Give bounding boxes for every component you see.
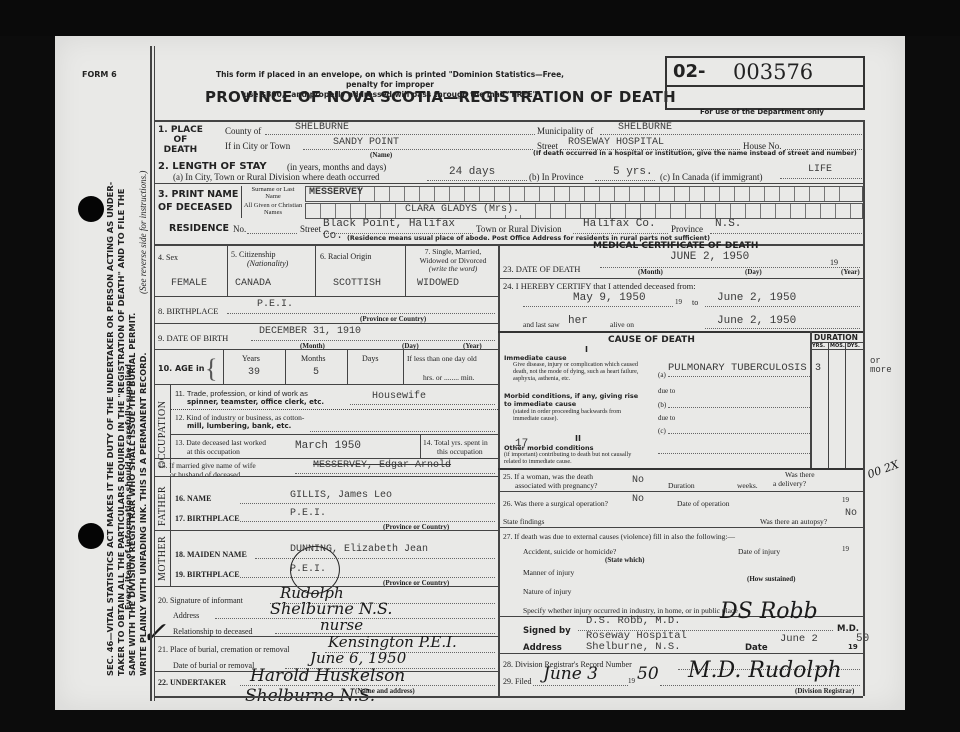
year-19: 19 [830, 258, 838, 267]
cause-a-field[interactable]: PULMONARY TUBERCULOSIS [668, 362, 810, 377]
less-than-day-label: If less than one day old [407, 354, 477, 363]
last-saw-label: and last saw [523, 320, 560, 329]
department-note: For use of the Department only [700, 108, 824, 116]
punch-hole-bottom [78, 523, 104, 549]
residence-street-field[interactable]: Black Point, Halifax Co. [323, 218, 473, 234]
months-label: Months [301, 354, 325, 363]
duration-header: DURATION [814, 333, 858, 342]
signature-date-field[interactable]: June 2 [780, 633, 818, 645]
weeks-label: weeks. [737, 481, 758, 490]
date-of-death-label: 23. DATE OF DEATH [503, 264, 580, 274]
surgical-operation-field[interactable]: No [632, 494, 644, 505]
or-more-note: or more [870, 357, 900, 375]
age-years-field[interactable]: 39 [248, 367, 260, 378]
manner-label: Manner of injury [523, 568, 574, 577]
burial-place-label: 21. Place of burial, cremation or remova… [158, 645, 290, 654]
last-saw-pronoun-field[interactable]: her [568, 315, 588, 327]
rule [810, 349, 863, 350]
county-label: County of [225, 126, 261, 136]
county-field[interactable]: SHELBURNE [265, 122, 535, 135]
rule [315, 244, 316, 296]
cause-a-label: (a) [658, 371, 666, 379]
rule [845, 342, 846, 468]
form-bottom-rule [155, 696, 863, 698]
undertaker-label: 22. UNDERTAKER [158, 678, 226, 687]
left-border-rule-inner [154, 46, 155, 701]
municipality-field[interactable]: SHELBURNE [600, 122, 862, 135]
registration-number-box: 02- 003576 [665, 56, 865, 110]
length-of-stay-note: (in years, months and days) [287, 162, 386, 172]
filed-year-prefix: 19 [628, 677, 635, 685]
years-label: Years [242, 354, 260, 363]
left-border-rule [150, 46, 152, 701]
date-of-birth-field[interactable]: DECEMBER 31, 1910 [251, 326, 495, 341]
mother-birthplace-field[interactable]: P.E.I. [240, 564, 495, 578]
city-field[interactable]: SANDY POINT [303, 137, 533, 150]
attended-to-field[interactable]: June 2, 1950 [705, 292, 860, 307]
industry-label: 12. Kind of industry or business, as cot… [175, 413, 304, 431]
accident-label: Accident, suicide or homicide? [523, 547, 616, 556]
father-side-label: FATHER [157, 486, 168, 526]
birthplace-field[interactable]: P.E.I. [227, 299, 495, 314]
due-to-label-2: due to [658, 414, 675, 422]
surgical-operation-label: 26. Was there a surgical operation? [503, 499, 608, 508]
residence-no-label: No. [233, 224, 246, 234]
father-name-label: 16. NAME [175, 494, 211, 503]
cause-a-years-field[interactable]: 3 [815, 363, 821, 374]
rule [347, 349, 348, 384]
filed-date-field[interactable]: June 3 [533, 664, 628, 686]
citizenship-field[interactable]: CANADA [235, 278, 271, 289]
physician-signature: DS Robb [720, 599, 818, 624]
stay-canada-label: (c) In Canada (if immigrant) [660, 172, 762, 182]
birthplace-label: 8. BIRTHPLACE [158, 306, 218, 316]
death-month-sub: (Month) [638, 268, 663, 276]
cause-of-death-header: CAUSE OF DEATH [608, 335, 695, 345]
certify-label: 24. I HEREBY CERTIFY that I attended dec… [503, 281, 696, 291]
father-name-field[interactable]: GILLIS, James Leo [240, 490, 495, 504]
age-brace: { [205, 354, 217, 384]
days-label: Days [362, 354, 378, 363]
filed-label: 29. Filed [503, 677, 531, 686]
father-birthplace-label: 17. BIRTHPLACE [175, 514, 240, 523]
informant-address-label: Address [173, 611, 199, 620]
surname-boxes [305, 186, 863, 202]
mother-side-label: MOTHER [157, 536, 168, 581]
print-name-label: 3. PRINT NAME OF DECEASED [158, 188, 238, 214]
rule [810, 331, 812, 468]
form-title: PROVINCE OF NOVA SCOTIA—REGISTRATION OF … [205, 88, 676, 106]
mother-name-field[interactable]: DUNNING, Elizabeth Jean [255, 544, 495, 559]
attended-from-field[interactable]: May 9, 1950 [523, 292, 673, 307]
stay-province-label: (b) In Province [529, 172, 583, 182]
rule [155, 183, 863, 184]
rule [403, 349, 404, 384]
rule [241, 186, 242, 218]
municipality-label: Municipality of [537, 126, 593, 136]
residence-label: RESIDENCE [169, 223, 229, 234]
marital-status-label: 7. Single, Married, Widowed or Divorced … [409, 248, 497, 274]
hours-minutes-label: hrs. or ........ min. [423, 373, 474, 382]
rule [155, 384, 498, 385]
rule [223, 349, 224, 384]
citizenship-label: 5. Citizenship (Nationality) [231, 250, 288, 268]
rule [285, 349, 286, 384]
center-divider [498, 244, 500, 696]
stay-canada-field[interactable]: LIFE [780, 164, 862, 179]
punch-hole-top [78, 196, 104, 222]
spouse-field[interactable]: MESSERVEY, Edgar Arnold [295, 460, 495, 474]
rule [498, 653, 863, 654]
sidebar-line: SEC. 46—VITAL STATISTICS ACT MAKES IT TH… [105, 182, 116, 676]
sidebar-carefully-note: Every item of information should be care… [124, 361, 133, 610]
mother-name-label: 18. MAIDEN NAME [175, 550, 247, 559]
relationship-field[interactable]: nurse [275, 616, 495, 634]
from-year-19: 19 [675, 298, 682, 306]
residence-province-label: Province [671, 224, 703, 234]
scan-background-top [0, 0, 960, 36]
cause-b-field[interactable] [668, 398, 810, 408]
duration-label: Duration [668, 481, 695, 490]
pregnancy-label: 25. If a woman, was the death associated… [503, 472, 597, 490]
residence-province-field[interactable]: N.S. [710, 218, 862, 234]
pregnancy-field[interactable]: No [632, 475, 644, 486]
hospital-note: (If death occurred in a hospital or inst… [533, 150, 857, 157]
autopsy-label: Was there an autopsy? [760, 517, 827, 526]
residence-street-label: Street [300, 224, 321, 234]
how-sustained-sub: (How sustained) [747, 575, 795, 583]
sidebar-reverse-note: (See reverse side for instructions.) [138, 171, 148, 294]
operation-date-label: Date of operation [677, 499, 729, 508]
morbid-conditions-label: Morbid conditions, if any, giving rise t… [504, 393, 644, 408]
rule [155, 323, 498, 324]
sex-field[interactable]: FEMALE [171, 278, 207, 289]
registration-prefix: 02- [673, 61, 706, 82]
age-label: 10. AGE in [158, 364, 204, 373]
total-years-label: 14. Total yrs. spent in this occupation [423, 438, 488, 456]
rule [405, 244, 406, 296]
rule [155, 296, 498, 297]
margin-note: 00 2X [866, 458, 901, 481]
nature-label: Nature of injury [523, 587, 571, 596]
external-causes-label: 27. If death was due to external causes … [503, 532, 735, 541]
length-of-stay-label: 2. LENGTH OF STAY [158, 161, 267, 172]
rule [155, 458, 498, 459]
mother-birthplace-label: 19. BIRTHPLACE [175, 570, 240, 579]
industry-field[interactable] [310, 422, 495, 432]
residence-division-label: Town or Rural Division [476, 224, 562, 234]
given-names-field[interactable]: CLARA GLADYS (Mrs). [403, 204, 521, 215]
residence-no-field[interactable] [247, 222, 297, 234]
signature-date-label: Date [745, 643, 768, 653]
rule [170, 384, 171, 473]
sex-label: 4. Sex [158, 253, 178, 262]
racial-origin-field[interactable]: SCOTTISH [333, 278, 381, 289]
rule [498, 278, 863, 279]
rule [170, 476, 171, 586]
cause-b-label: (b) [658, 401, 666, 409]
filed-year-field[interactable]: 50 [637, 664, 659, 684]
signed-by-label: Signed by [523, 626, 571, 636]
registrar-signature: M.D. Rudolph [660, 658, 860, 686]
relationship-label: Relationship to deceased [173, 627, 253, 636]
medical-certificate-header: MEDICAL CERTIFICATE OF DEATH [593, 241, 758, 251]
street-field[interactable]: ROSEWAY HOSPITAL [560, 137, 740, 150]
injury-year-19: 19 [842, 545, 849, 553]
death-registration-form: SEC. 46—VITAL STATISTICS ACT MAKES IT TH… [55, 36, 905, 710]
delivery-label: Was there a delivery? [773, 470, 815, 488]
city-sub-label: (Name) [370, 151, 392, 159]
mail-notice-line: This form if placed in an envelope, on w… [210, 70, 570, 90]
due-to-label: due to [658, 387, 675, 395]
residence-division-field[interactable]: Halifax Co. [573, 218, 668, 234]
given-names-boxes [305, 203, 863, 219]
death-day-sub: (Day) [745, 268, 762, 276]
autopsy-field[interactable]: No [845, 508, 857, 519]
rule [170, 434, 498, 435]
trade-label: 11. Trade, profession, or kind of work a… [175, 389, 324, 407]
given-names-label: All Given or Christian Names [243, 202, 303, 216]
stay-city-field[interactable]: 24 days [427, 166, 527, 181]
immediate-cause-description: Give disease, injury or complication whi… [513, 361, 653, 382]
alive-on-field[interactable]: June 2, 1950 [705, 315, 860, 329]
morbid-conditions-description: (stated in order proceeding backwards fr… [513, 408, 648, 422]
stay-city-label: (a) In City, Town or Rural Division wher… [173, 172, 380, 182]
surname-field[interactable]: MESSERVEY [309, 187, 363, 198]
rule [155, 530, 498, 531]
rule [498, 527, 863, 528]
signer-address-field[interactable]: Roseway Hospital Shelburne, N.S. [586, 631, 687, 653]
specify-injury-label: Specify whether injury occurred in indus… [523, 606, 738, 615]
operation-year-19: 19 [842, 496, 849, 504]
father-birthplace-field[interactable]: P.E.I. [240, 508, 495, 522]
rule [227, 244, 228, 296]
province-country-sub: (Province or Country) [360, 315, 426, 323]
last-worked-label: 13. Date deceased last worked at this oc… [175, 438, 266, 456]
date-of-birth-label: 9. DATE OF BIRTH [158, 333, 228, 343]
rule [420, 434, 421, 458]
racial-origin-label: 6. Racial Origin [320, 252, 371, 261]
findings-label: State findings [503, 517, 544, 526]
to-label: to [692, 298, 698, 307]
city-label: If in City or Town [225, 141, 290, 151]
registration-number: 003576 [733, 60, 813, 84]
roman-one: I [585, 345, 588, 354]
marital-status-field[interactable]: WIDOWED [417, 278, 459, 289]
form-right-rule [863, 120, 865, 696]
stay-province-field[interactable]: 5 yrs. [595, 166, 655, 181]
rule [498, 331, 863, 333]
age-months-field[interactable]: 5 [313, 367, 319, 378]
rule [498, 491, 863, 492]
roman-two: II [575, 434, 581, 443]
state-which-sub: (State which) [605, 556, 644, 564]
cause-c-label: (c) [658, 427, 666, 435]
signer-address-label: Address [523, 643, 562, 653]
registrar-sub: (Division Registrar) [795, 687, 854, 695]
other-conditions-field[interactable] [658, 444, 810, 454]
house-no-field[interactable] [785, 137, 862, 150]
death-year-sub: (Year) [841, 268, 860, 276]
rule [155, 349, 498, 350]
trade-field[interactable]: Housewife [350, 391, 495, 405]
cause-c-field[interactable] [668, 424, 810, 434]
undertaker-field[interactable]: Harold Huskelson [240, 666, 495, 686]
last-worked-field[interactable]: March 1950 [295, 440, 361, 452]
surname-label: Surname or Last Name [247, 186, 299, 200]
other-conditions-description: (if important) contributing to death but… [504, 451, 649, 465]
date-of-death-field[interactable]: JUNE 2, 1950 [600, 251, 860, 268]
rule [170, 409, 498, 410]
form-number: FORM 6 [82, 70, 117, 79]
alive-on-label: alive on [610, 320, 634, 329]
injury-date-label: Date of injury [738, 547, 780, 556]
place-of-death-label: 1. PLACE OF DEATH [158, 125, 203, 155]
rule [155, 476, 498, 477]
rule [828, 342, 829, 468]
